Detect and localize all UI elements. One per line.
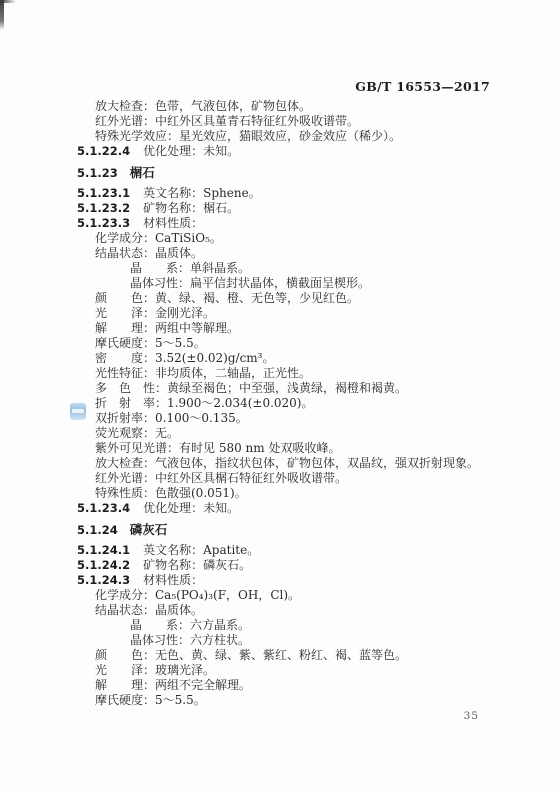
property-line: 红外光谱：中红外区具堇青石特征红外吸收谱带。 bbox=[0, 114, 560, 129]
scan-edge-artifact bbox=[0, 0, 16, 3]
clause-number: 5.1.23.4 bbox=[77, 501, 130, 515]
property-line: 特殊光学效应：星光效应，猫眼效应，砂金效应（稀少）。 bbox=[0, 129, 560, 144]
section-heading: 5.1.24磷灰石 bbox=[0, 522, 560, 537]
clause-number: 5.1.24.3 bbox=[77, 573, 130, 587]
property-line: 双折射率：0.100～0.135。 bbox=[0, 411, 560, 426]
scan-edge-artifact bbox=[0, 0, 4, 30]
clause-line: 5.1.22.4优化处理：未知。 bbox=[0, 144, 560, 159]
property-line: 摩氏硬度：5～5.5。 bbox=[0, 693, 560, 708]
property-line: 红外光谱：中红外区具榍石特征红外吸收谱带。 bbox=[0, 471, 560, 486]
property-line: 晶 系：单斜晶系。 bbox=[0, 261, 560, 276]
section-heading: 5.1.23榍石 bbox=[0, 165, 560, 180]
clause-line: 5.1.23.3材料性质： bbox=[0, 216, 560, 231]
clause-line: 5.1.24.2矿物名称：磷灰石。 bbox=[0, 558, 560, 573]
clause-number: 5.1.24.2 bbox=[77, 558, 130, 572]
scanned-standard-page: GB/T 16553—2017 放大检查：色带，气液包体，矿物包体。红外光谱：中… bbox=[0, 0, 560, 791]
property-line: 密 度：3.52(±0.02)g/cm³。 bbox=[0, 351, 560, 366]
property-line: 荧光观察：无。 bbox=[0, 426, 560, 441]
property-line: 光性特征：非均质体，二轴晶，正光性。 bbox=[0, 366, 560, 381]
property-line: 结晶状态：晶质体。 bbox=[0, 603, 560, 618]
property-line: 晶体习性：扁平信封状晶体，横截面呈楔形。 bbox=[0, 276, 560, 291]
property-line: 折 射 率：1.900～2.034(±0.020)。 bbox=[0, 396, 560, 411]
property-line: 特殊性质：色散强(0.051)。 bbox=[0, 486, 560, 501]
property-line: 光 泽：玻璃光泽。 bbox=[0, 663, 560, 678]
property-line: 化学成分：Ca₅(PO₄)₃(F，OH，Cl)。 bbox=[0, 588, 560, 603]
property-line: 解 理：两组中等解理。 bbox=[0, 321, 560, 336]
property-line: 多 色 性：黄绿至褐色；中至强，浅黄绿，褐橙和褐黄。 bbox=[0, 381, 560, 396]
property-line: 晶体习性：六方柱状。 bbox=[0, 633, 560, 648]
property-line: 放大检查：色带，气液包体，矿物包体。 bbox=[0, 99, 560, 114]
property-line: 晶 系：六方晶系。 bbox=[0, 618, 560, 633]
clause-number: 5.1.22.4 bbox=[77, 144, 130, 158]
clause-line: 5.1.24.1英文名称：Apatite。 bbox=[0, 543, 560, 558]
property-line: 颜 色：无色、黄、绿、紫、紫红、粉红、褐、蓝等色。 bbox=[0, 648, 560, 663]
property-line: 紫外可见光谱：有时见 580 nm 处双吸收峰。 bbox=[0, 441, 560, 456]
page-number: 35 bbox=[464, 710, 479, 722]
property-line: 颜 色：黄、绿、褐、橙、无色等，少见红色。 bbox=[0, 291, 560, 306]
clause-line: 5.1.23.1英文名称：Sphene。 bbox=[0, 186, 560, 201]
clause-line: 5.1.23.2矿物名称：榍石。 bbox=[0, 201, 560, 216]
standard-code-header: GB/T 16553—2017 bbox=[355, 79, 490, 94]
clause-number: 5.1.24.1 bbox=[77, 543, 130, 557]
clause-text: 材料性质： bbox=[143, 216, 203, 230]
clause-text: 英文名称：Apatite。 bbox=[143, 543, 259, 557]
clause-number: 5.1.23.3 bbox=[77, 216, 130, 230]
clause-text: 英文名称：Sphene。 bbox=[143, 186, 261, 200]
section-title: 榍石 bbox=[130, 165, 155, 180]
document-lines: 放大检查：色带，气液包体，矿物包体。红外光谱：中红外区具堇青石特征红外吸收谱带。… bbox=[0, 99, 560, 708]
clause-text: 优化处理：未知。 bbox=[143, 501, 239, 515]
clause-line: 5.1.24.3材料性质： bbox=[0, 573, 560, 588]
clause-number: 5.1.23 bbox=[77, 166, 118, 180]
property-line: 光 泽：金刚光泽。 bbox=[0, 306, 560, 321]
clause-line: 5.1.23.4优化处理：未知。 bbox=[0, 501, 560, 516]
property-line: 放大检查：气液包体，指纹状包体，矿物包体，双晶纹，强双折射现象。 bbox=[0, 456, 560, 471]
property-line: 化学成分：CaTiSiO₅。 bbox=[0, 231, 560, 246]
section-title: 磷灰石 bbox=[130, 522, 168, 537]
clause-number: 5.1.23.1 bbox=[77, 186, 130, 200]
clause-text: 材料性质： bbox=[143, 573, 203, 587]
clause-text: 矿物名称：榍石。 bbox=[143, 201, 239, 215]
property-line: 摩氏硬度：5～5.5。 bbox=[0, 336, 560, 351]
property-line: 结晶状态：晶质体。 bbox=[0, 246, 560, 261]
clause-number: 5.1.24 bbox=[77, 523, 118, 537]
property-line: 解 理：两组不完全解理。 bbox=[0, 678, 560, 693]
clause-number: 5.1.23.2 bbox=[77, 201, 130, 215]
clause-text: 矿物名称：磷灰石。 bbox=[143, 558, 251, 572]
clause-text: 优化处理：未知。 bbox=[143, 144, 239, 158]
